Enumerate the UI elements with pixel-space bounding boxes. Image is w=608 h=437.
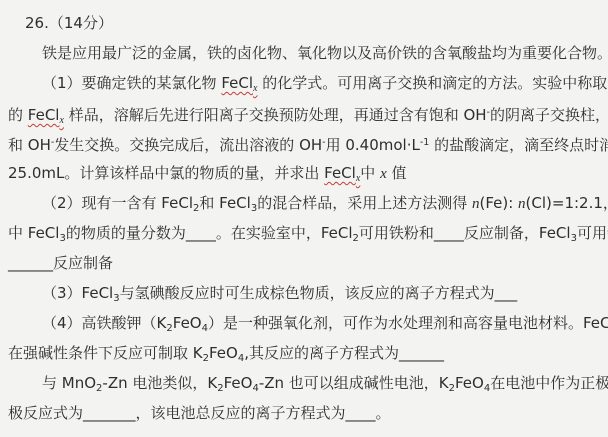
text-segment: -1 [420,137,429,148]
text-segment: FeO [224,374,253,392]
text-segment: 铁是应用最广泛的金属，铁的卤化物、氧化物以及高价铁的含氧酸盐均为重要化合物。 [42,44,608,62]
text-line: 在强碱性条件下反应可制取 K2FeO4,其反应的离子方程式为______ [8,338,602,368]
text-segment: (Fe): [479,194,518,212]
text-segment: 的化学式。可用离子交换和滴定的方法。实验中称取 0.54g [257,74,608,92]
text-segment: 的混合样品，采用上述方法测得 [257,194,472,212]
text-line: 中 FeCl3的物质的量分数为____。在实验室中，FeCl2可用铁粉和____… [8,218,602,248]
text-segment: 用 0.40mol·L [326,136,420,154]
text-segment: x [380,166,387,182]
text-line: 极反应式为_______，该电池总反应的离子方程式为____。 [8,398,602,428]
text-segment: -Zn 电池类似，K [102,374,217,392]
text-segment: 中 FeCl [8,224,59,242]
text-line: 与 MnO2-Zn 电池类似，K2FeO4-Zn 也可以组成碱性电池，K2FeO… [8,368,602,398]
text-segment: -Zn 也可以组成碱性电池，K [259,374,449,392]
text-segment: 在强碱性条件下反应可制取 K [8,344,203,362]
spellcheck-marked-text: FeCl [221,74,253,92]
text-segment: 与氢碘酸反应时可生成棕色物质，该反应的离子方程式为___ [120,284,518,302]
text-segment: 25.0mL。计算该样品中氯的物质的量，并求出 [8,164,324,182]
text-segment: 的物质的量分数为____。在实验室中，FeCl [66,224,353,242]
text-segment: 样品，溶解后先进行阳离子交换预防处理，再通过含有饱和 OH [64,106,487,124]
text-segment: 和 OH [8,136,51,154]
text-segment: （2）现有一含有 FeCl [42,194,193,212]
exam-document: 26.（14分） 铁是应用最广泛的金属，铁的卤化物、氧化物以及高价铁的含氧酸盐均… [0,0,608,428]
text-segment: （1）要确定铁的某氯化物 [42,74,221,92]
spellcheck-marked-text: FeCl [28,106,60,124]
text-segment: FeO [455,374,484,392]
text-segment: 的阴离子交换柱，使 Cl [490,106,608,124]
text-segment: 和 FeCl [199,194,250,212]
text-line: （4）高铁酸钾（K2FeO4）是一种强氧化剂，可作为水处理剂和高容量电池材料。F… [8,308,602,338]
text-segment: 与 MnO [42,374,96,392]
text-segment: ______反应制备 [8,254,113,272]
question-number: 26.（14分） [8,8,602,38]
text-segment: ）是一种强氧化剂，可作为水处理剂和高容量电池材料。FeCl [208,314,608,332]
text-segment: 可用铁粉和 [577,224,608,242]
text-line: （1）要确定铁的某氯化物 FeClx 的化学式。可用离子交换和滴定的方法。实验中… [8,68,602,98]
text-segment: (Cl)=1:2.1，则该样品 [526,194,608,212]
text-line: 25.0mL。计算该样品中氯的物质的量，并求出 FeClx中 x 值 [8,158,602,188]
text-segment: FeO [209,344,238,362]
text-line: 铁是应用最广泛的金属，铁的卤化物、氧化物以及高价铁的含氧酸盐均为重要化合物。 [8,38,602,68]
text-segment: n [518,196,526,212]
text-segment: ,其反应的离子方程式为______ [244,344,444,362]
text-line: 的 FeClx 样品，溶解后先进行阳离子交换预防处理，再通过含有饱和 OH-的阴… [8,98,602,128]
text-segment: 值 [387,164,407,182]
text-segment: 极反应式为_______，该电池总反应的离子方程式为____。 [8,404,391,422]
spellcheck-marked-text: FeCl [324,164,356,182]
text-segment: 中 [360,164,380,182]
text-segment: 可用铁粉和____反应制备，FeCl [359,224,571,242]
question-body: 铁是应用最广泛的金属，铁的卤化物、氧化物以及高价铁的含氧酸盐均为重要化合物。（1… [8,38,602,428]
text-segment: 的盐酸滴定，滴至终点时消耗盐酸 [429,136,608,154]
text-segment: 在电池中作为正极材料，其电 [490,374,608,392]
text-segment: （3）FeCl [42,284,113,302]
text-segment: （4）高铁酸钾（K [42,314,166,332]
text-segment: FeO [173,314,202,332]
text-line: 和 OH-发生交换。交换完成后，流出溶液的 OH-用 0.40mol·L-1 的… [8,128,602,158]
text-segment: 的 [8,106,28,124]
text-line: ______反应制备 [8,248,602,278]
text-line: （3）FeCl3与氢碘酸反应时可生成棕色物质，该反应的离子方程式为___ [8,278,602,308]
text-line: （2）现有一含有 FeCl2和 FeCl3的混合样品，采用上述方法测得 n(Fe… [8,188,602,218]
text-segment: 发生交换。交换完成后，流出溶液的 OH [54,136,322,154]
